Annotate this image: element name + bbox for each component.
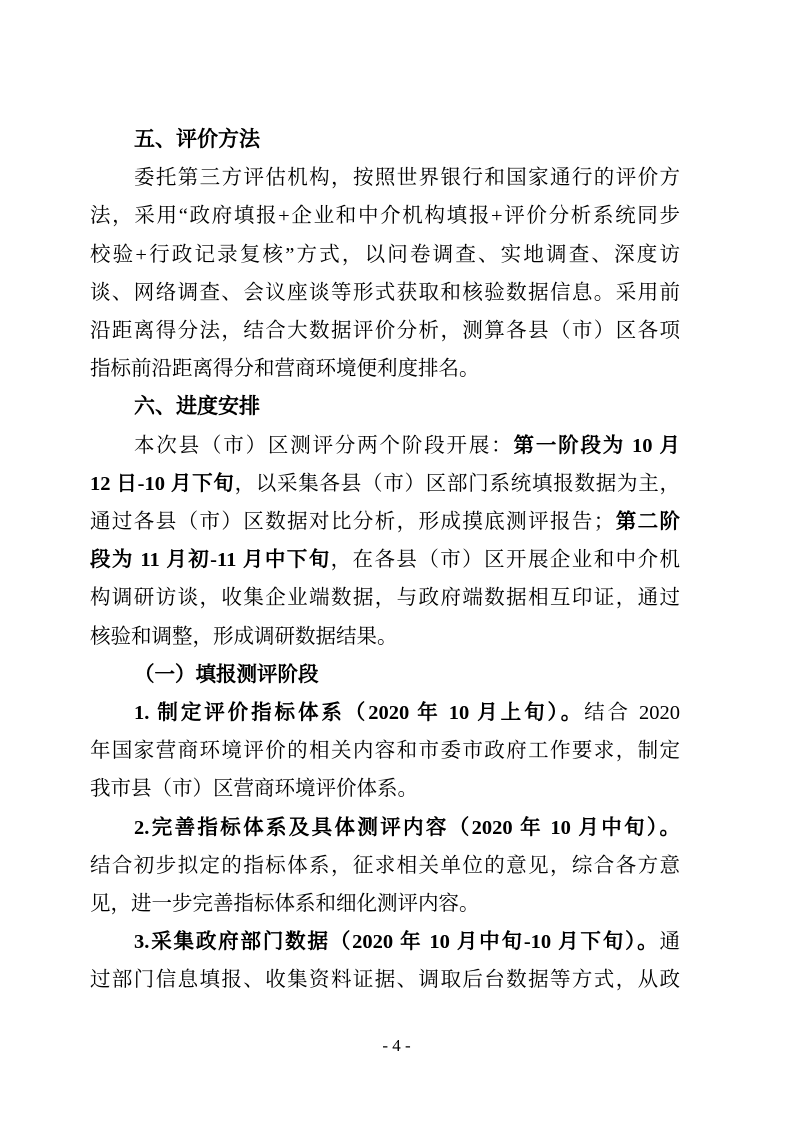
text-run: 委托第三方评估机构，按照世界银行和国家通行的评价方 — [134, 167, 680, 189]
text-run: 通 — [660, 931, 681, 953]
text-run-bold: 段为 11 月初-11 月中下旬 — [90, 549, 331, 571]
heading-text: 五、评价方法 — [134, 128, 260, 151]
text-run: ，以采集各县（市）区部门系统填报数据为主， — [235, 473, 680, 495]
doc-line: 结合初步拟定的指标体系，征求相关单位的意见，综合各方意 — [90, 847, 680, 885]
document-body: 五、评价方法 委托第三方评估机构，按照世界银行和国家通行的评价方 法，采用“政府… — [90, 121, 680, 1000]
text-run: ，在各县（市）区开展企业和中介机 — [331, 549, 680, 571]
text-run: 结合 2020 — [584, 702, 680, 724]
text-run-bold: 3.采集政府部门数据（2020 年 10 月中旬-10 月下旬）。 — [134, 931, 660, 953]
doc-line: 沿距离得分法，结合大数据评价分析，测算各县（市）区各项 — [90, 312, 680, 350]
doc-line: 1. 制定评价指标体系（2020 年 10 月上旬）。结合 2020 — [90, 694, 680, 732]
heading-text: 六、进度安排 — [134, 395, 260, 418]
document-page: 五、评价方法 委托第三方评估机构，按照世界银行和国家通行的评价方 法，采用“政府… — [0, 0, 793, 1122]
doc-line: 我市县（市）区营商环境评价体系。 — [90, 770, 680, 808]
heading-text: （一）填报测评阶段 — [134, 664, 319, 686]
section-heading-5: 五、评价方法 — [90, 121, 680, 159]
text-run: 法，采用“政府填报+企业和中介机构填报+评价分析系统同步 — [90, 205, 680, 227]
doc-line: 法，采用“政府填报+企业和中介机构填报+评价分析系统同步 — [90, 197, 680, 235]
text-run: 通过各县（市）区数据对比分析，形成摸底测评报告； — [90, 511, 614, 533]
text-run-bold: 1. 制定评价指标体系（2020 年 10 月上旬）。 — [134, 702, 584, 724]
text-run: 见，进一步完善指标体系和细化测评内容。 — [90, 893, 480, 915]
doc-line: 3.采集政府部门数据（2020 年 10 月中旬-10 月下旬）。通 — [90, 923, 680, 961]
doc-line: 构调研访谈，收集企业端数据，与政府端数据相互印证，通过 — [90, 579, 680, 617]
doc-line: 过部门信息填报、收集资料证据、调取后台数据等方式，从政 — [90, 961, 680, 999]
doc-line: 见，进一步完善指标体系和细化测评内容。 — [90, 885, 680, 923]
text-run: 沿距离得分法，结合大数据评价分析，测算各县（市）区各项 — [90, 320, 680, 342]
text-run: 指标前沿距离得分和营商环境便利度排名。 — [90, 358, 480, 380]
text-run: 过部门信息填报、收集资料证据、调取后台数据等方式，从政 — [90, 969, 680, 991]
text-run: 校验+行政记录复核”方式，以问卷调查、实地调查、深度访 — [90, 244, 680, 266]
doc-line: 谈、网络调查、会议座谈等形式获取和核验数据信息。采用前 — [90, 274, 680, 312]
text-run: 核验和调整，形成调研数据结果。 — [90, 626, 398, 648]
text-run-bold: 2.完善指标体系及具体测评内容（2020 年 10 月中旬）。 — [134, 817, 680, 839]
doc-line: 指标前沿距离得分和营商环境便利度排名。 — [90, 350, 680, 388]
sub-heading-1: （一）填报测评阶段 — [90, 656, 680, 694]
text-run-bold: 第一阶段为 10 月 — [514, 435, 681, 457]
doc-line: 本次县（市）区测评分两个阶段开展：第一阶段为 10 月 — [90, 427, 680, 465]
page-number: - 4 - — [0, 1035, 793, 1057]
text-run: 年国家营商环境评价的相关内容和市委市政府工作要求，制定 — [90, 740, 680, 762]
text-run-bold: 12 日-10 月下旬 — [90, 473, 235, 495]
text-run: 构调研访谈，收集企业端数据，与政府端数据相互印证，通过 — [90, 587, 680, 609]
text-run-bold: 第二阶 — [614, 511, 680, 533]
doc-line: 12 日-10 月下旬，以采集各县（市）区部门系统填报数据为主， — [90, 465, 680, 503]
doc-line: 段为 11 月初-11 月中下旬，在各县（市）区开展企业和中介机 — [90, 541, 680, 579]
doc-line: 校验+行政记录复核”方式，以问卷调查、实地调查、深度访 — [90, 236, 680, 274]
text-run: 结合初步拟定的指标体系，征求相关单位的意见，综合各方意 — [90, 855, 680, 877]
doc-line: 委托第三方评估机构，按照世界银行和国家通行的评价方 — [90, 159, 680, 197]
text-run: 我市县（市）区营商环境评价体系。 — [90, 778, 418, 800]
doc-line: 2.完善指标体系及具体测评内容（2020 年 10 月中旬）。 — [90, 809, 680, 847]
text-run: 谈、网络调查、会议座谈等形式获取和核验数据信息。采用前 — [90, 282, 680, 304]
text-run: 本次县（市）区测评分两个阶段开展： — [134, 435, 514, 457]
doc-line: 年国家营商环境评价的相关内容和市委市政府工作要求，制定 — [90, 732, 680, 770]
section-heading-6: 六、进度安排 — [90, 388, 680, 426]
doc-line: 通过各县（市）区数据对比分析，形成摸底测评报告；第二阶 — [90, 503, 680, 541]
doc-line: 核验和调整，形成调研数据结果。 — [90, 618, 680, 656]
